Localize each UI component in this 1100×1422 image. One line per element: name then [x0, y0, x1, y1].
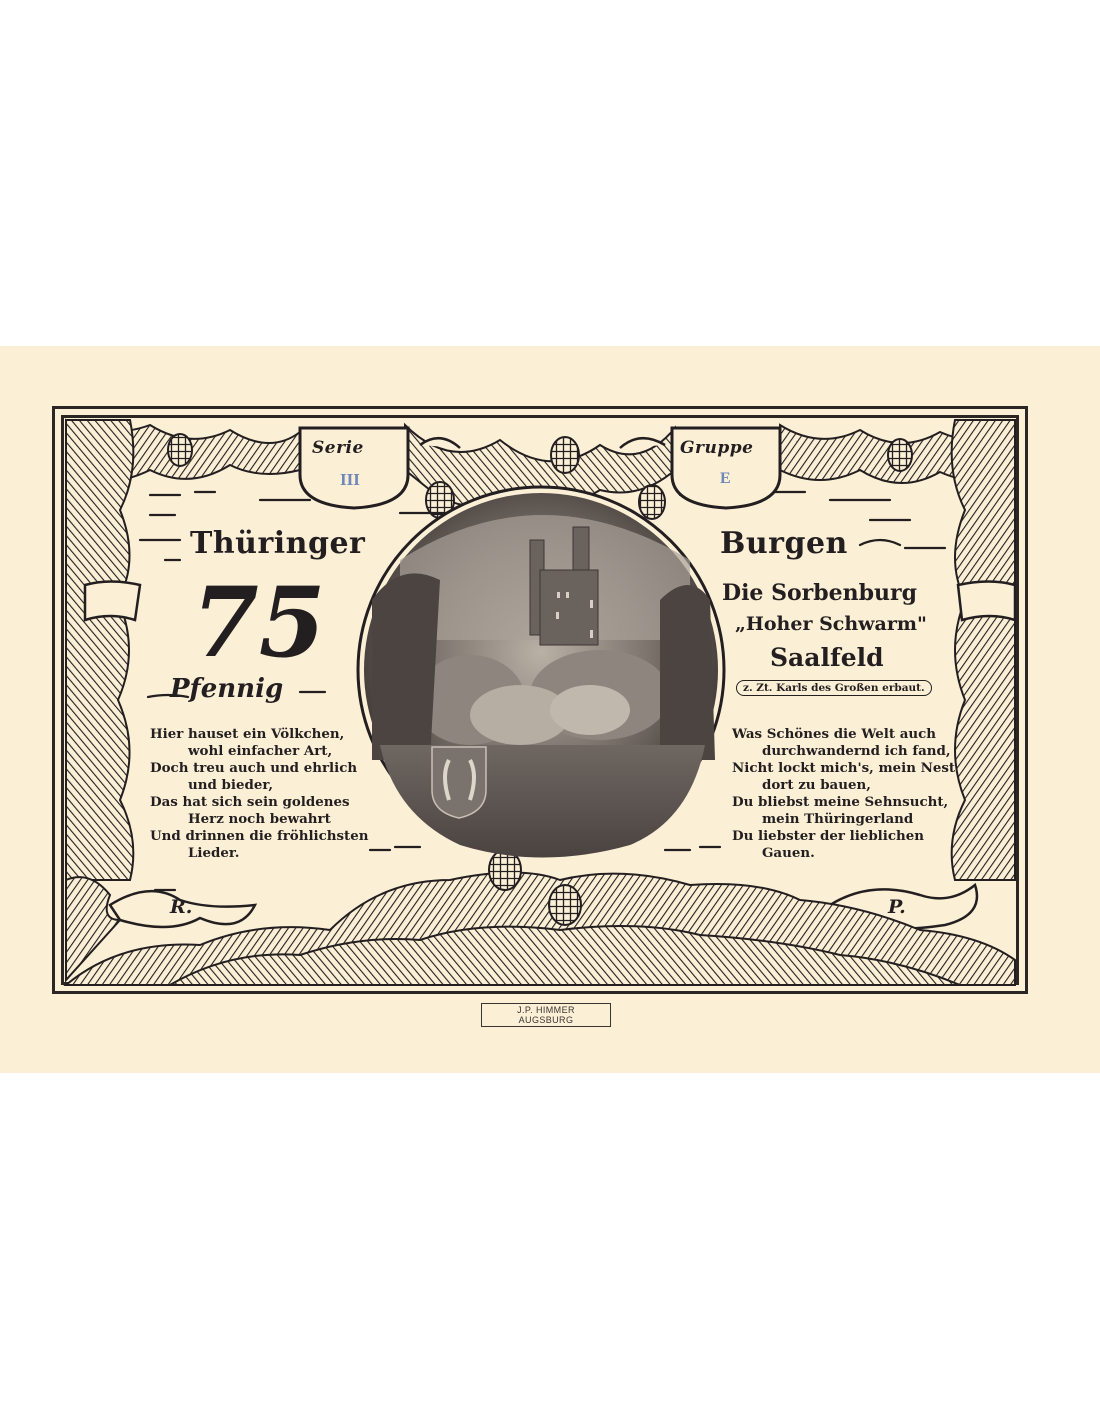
castle-name: Die Sorbenburg [722, 580, 917, 606]
right-foliage [952, 420, 1015, 880]
poem-line: Du bliebst meine Sehnsucht, [732, 794, 955, 811]
poem-line: Gauen. [732, 845, 955, 862]
poem-line: wohl einfacher Art, [150, 743, 369, 760]
poem-line: Doch treu auch und ehrlich [150, 760, 369, 777]
denomination-value: 75 [192, 575, 326, 671]
castle-nickname: „Hoher Schwarm" [735, 613, 927, 635]
series-label: Serie [312, 438, 364, 458]
artist-monogram-right: P. [888, 896, 906, 918]
castle-city: Saalfeld [770, 643, 884, 672]
left-foliage [66, 420, 133, 980]
artist-monogram-left: R. [170, 896, 192, 918]
poem-line: und bieder, [150, 777, 369, 794]
title-burgen: Burgen [720, 526, 848, 561]
castle-vignette [358, 487, 724, 858]
group-label: Gruppe [680, 438, 753, 458]
series-number: III [340, 470, 360, 490]
imprint-line-1: J.P. HIMMER [482, 1005, 610, 1015]
poem-line: Nicht lockt mich's, mein Nest [732, 760, 955, 777]
poem-line: mein Thüringerland [732, 811, 955, 828]
poem-line: Was Schönes die Welt auch [732, 726, 955, 743]
castle-built-note: z. Zt. Karls des Großen erbaut. [736, 676, 932, 695]
poem-line: Lieder. [150, 845, 369, 862]
poem-line: Herz noch bewahrt [150, 811, 369, 828]
imprint-line-2: AUGSBURG [482, 1015, 610, 1025]
group-letter: E [720, 470, 731, 488]
poem-line: Du liebster der lieblichen [732, 828, 955, 845]
printer-imprint: J.P. HIMMER AUGSBURG [481, 1003, 611, 1027]
poem-line: Und drinnen die fröhlichsten [150, 828, 369, 845]
poem-left: Hier hauset ein Völkchen,wohl einfacher … [150, 726, 369, 862]
poem-line: dort zu bauen, [732, 777, 955, 794]
poem-line: durchwandernd ich fand, [732, 743, 955, 760]
title-thueringer: Thüringer [190, 526, 365, 561]
ornamental-foliage-border [0, 0, 1100, 1422]
denomination-unit: Pfennig [170, 674, 283, 704]
poem-line: Hier hauset ein Völkchen, [150, 726, 369, 743]
poem-line: Das hat sich sein goldenes [150, 794, 369, 811]
poem-right: Was Schönes die Welt auchdurchwandernd i… [732, 726, 955, 862]
